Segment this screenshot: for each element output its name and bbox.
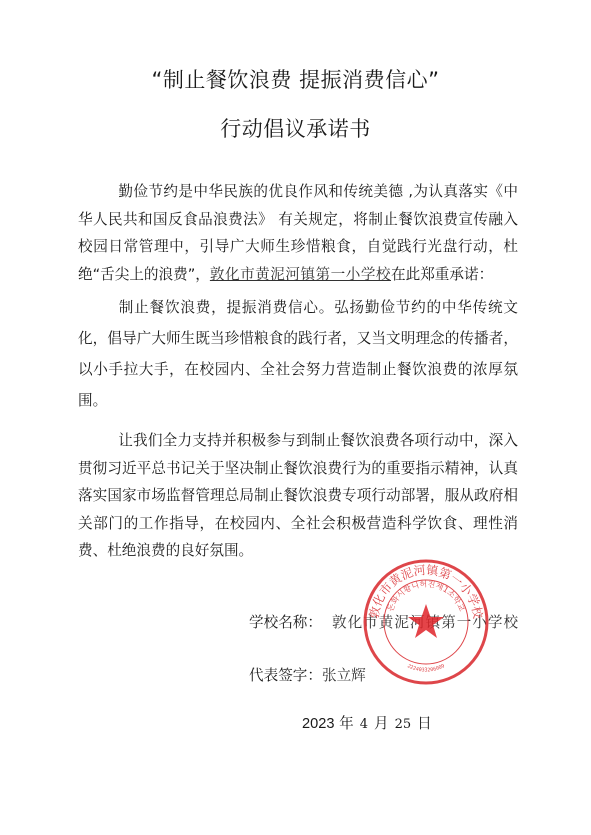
date-year-unit: 年: [339, 715, 354, 732]
date-line: 2023 年4月25日: [302, 712, 432, 733]
representative-line: 代表签字：张立辉: [249, 664, 366, 685]
date-day-unit: 日: [417, 715, 432, 732]
document-subtitle: 行动倡议承诺书: [0, 113, 591, 143]
school-name-underlined: 敦化市黄泥河镇第一小学校: [210, 266, 391, 283]
paragraph-commitment: 制止餐饮浪费，提振消费信心。弘扬勤俭节约的中华传统文化，倡导广大师生既当珍惜粮食…: [78, 292, 518, 416]
document-title: “制止餐饮浪费 提振消费信心”: [0, 64, 591, 94]
paragraph-intro: 勤俭节约是中华民族的优良作风和传统美德 ,为认真落实《中华人民共和国反食品浪费法…: [78, 178, 518, 288]
date-month-unit: 月: [374, 715, 389, 732]
representative-label: 代表签字：: [249, 667, 322, 684]
date-year: 2023: [302, 716, 334, 732]
official-seal-icon: 敦化市黄泥河镇第一小学校 돈화시황니허진제1소학교 2224033206009: [362, 558, 490, 686]
call-to-action-text: 让我们全力支持并积极参与到制止餐饮浪费各项行动中，深入贯彻习近平总书记关于坚决制…: [78, 432, 518, 559]
star-icon: [408, 604, 444, 638]
intro-text-end: 在此郑重承诺：: [391, 266, 493, 283]
date-day: 25: [395, 717, 412, 732]
date-month: 4: [360, 717, 368, 732]
seal-serial: 2224033206009: [406, 663, 446, 673]
paragraph-call-to-action: 让我们全力支持并积极参与到制止餐饮浪费各项行动中，深入贯彻习近平总书记关于坚决制…: [78, 427, 518, 565]
representative-signature: 张立辉: [322, 667, 366, 684]
school-name-label: 学校名称：: [249, 614, 322, 631]
commitment-text: 制止餐饮浪费，提振消费信心。弘扬勤俭节约的中华传统文化，倡导广大师生既当珍惜粮食…: [78, 299, 518, 409]
